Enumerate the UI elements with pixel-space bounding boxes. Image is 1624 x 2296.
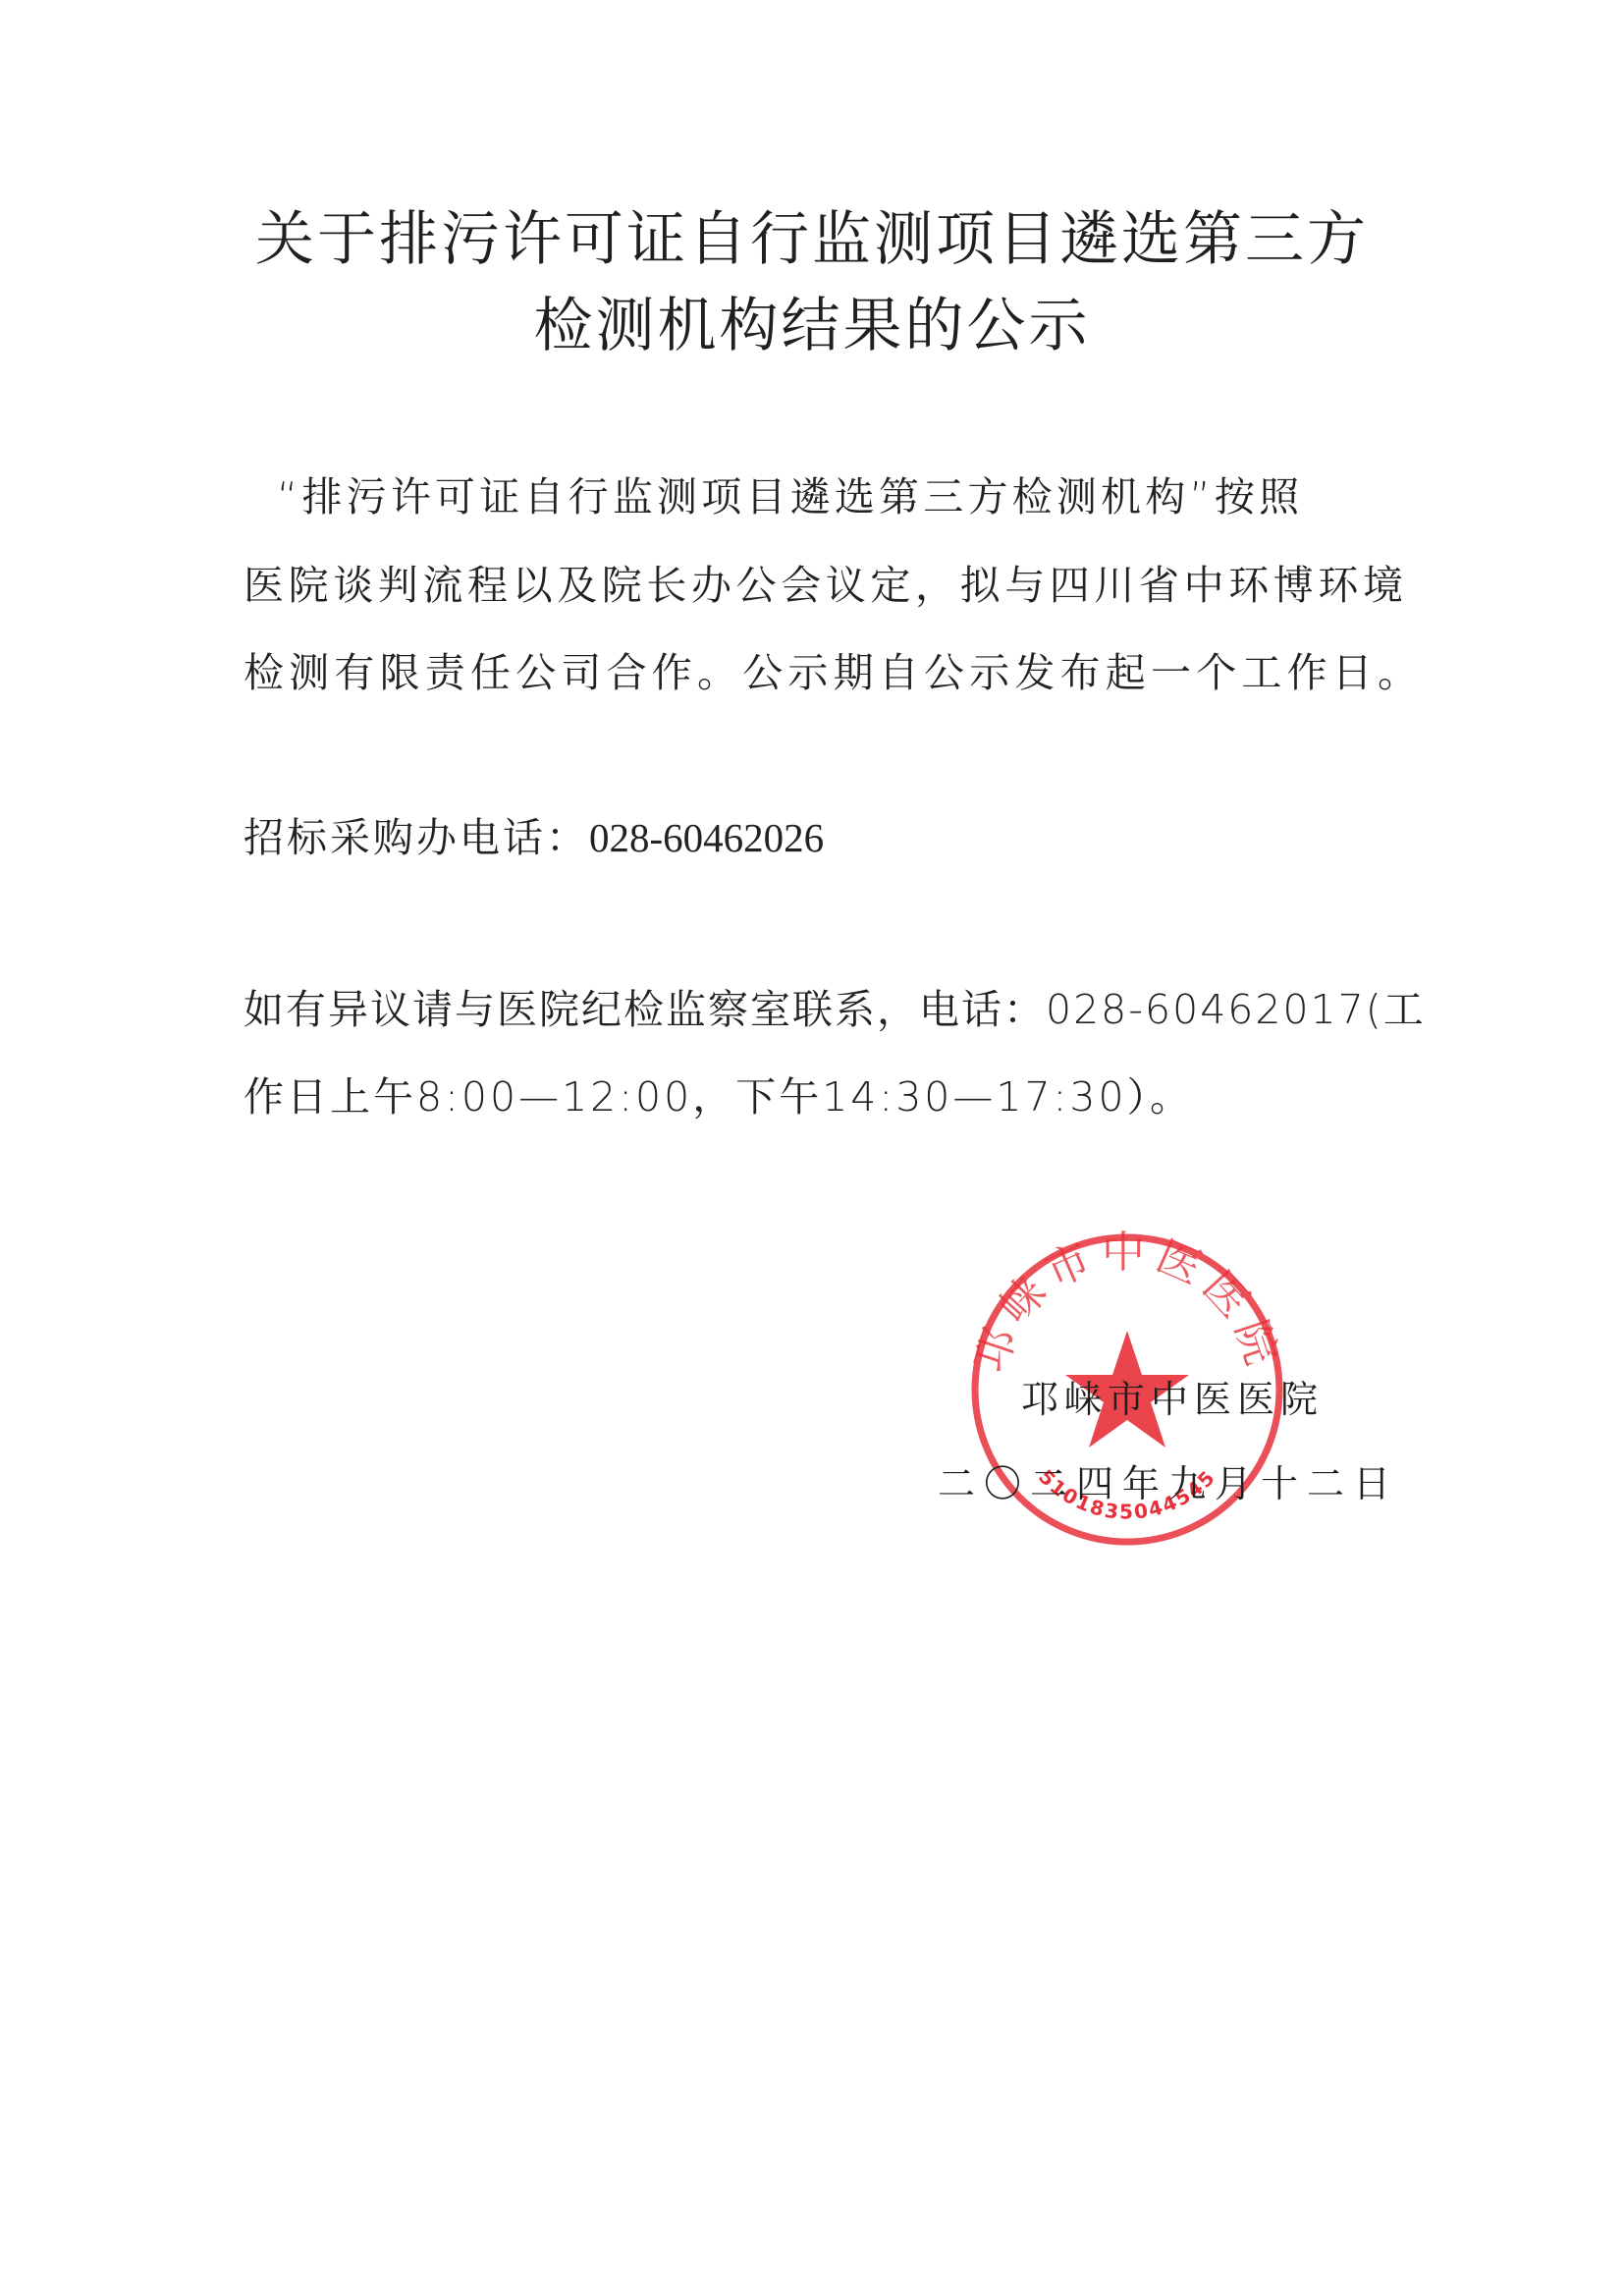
procurement-contact-label: 招标采购办电话： [244, 814, 589, 861]
document-title-line-1: 关于排污许可证自行监测项目遴选第三方 [245, 210, 1379, 269]
signing-organization: 邛崃市中医医院 [1021, 1369, 1324, 1423]
paragraph-1-line-1: “排污许可证自行监测项目遴选第三方检测机构”按照 [277, 477, 1303, 518]
objection-contact-line-1: 如有异议请与医院纪检监察室联系，电话：028-60462017(工 [244, 990, 1426, 1030]
procurement-contact: 招标采购办电话：028-60462026 [244, 818, 824, 858]
document-page: 关于排污许可证自行监测项目遴选第三方 检测机构结果的公示 “排污许可证自行监测项… [0, 0, 1624, 2296]
document-title-line-2: 检测机构结果的公示 [245, 297, 1379, 355]
signing-date: 二〇二四年九月十二日 [938, 1453, 1399, 1507]
paragraph-1-line-3: 检测有限责任公司合作。公示期自公示发布起一个工作日。 [244, 653, 1423, 693]
paragraph-1-line-2: 医院谈判流程以及院长办公会议定，拟与四川省中环博环境 [244, 566, 1408, 606]
procurement-phone-number: 028-60462026 [589, 815, 824, 860]
objection-contact-line-2: 作日上午8:00—12:00，下午14:30—17:30）。 [244, 1077, 1193, 1118]
